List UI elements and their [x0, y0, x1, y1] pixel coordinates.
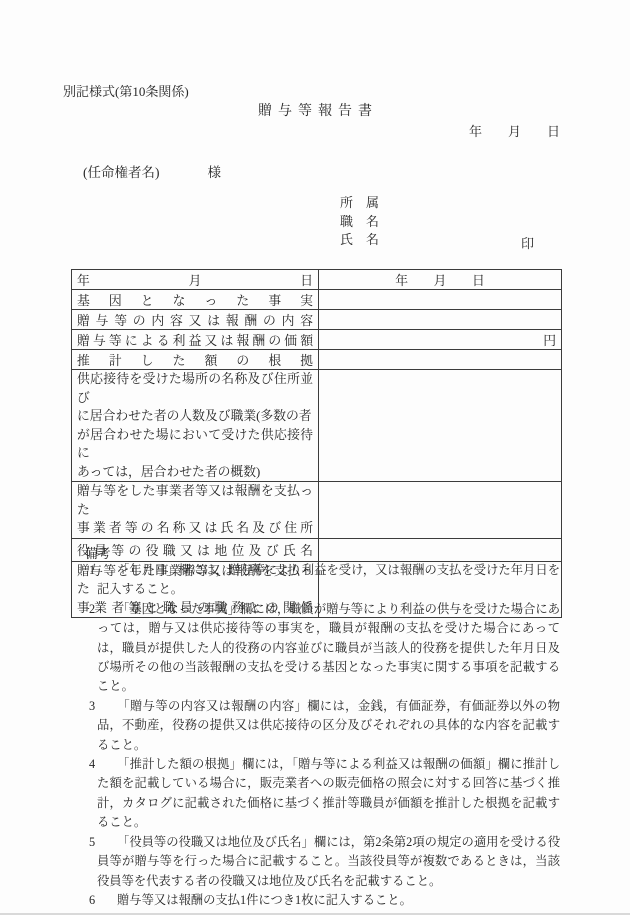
note-number: 2	[89, 600, 117, 619]
name-label: 氏 名	[340, 231, 379, 250]
row-value-estimate-basis	[319, 350, 562, 370]
row-label-entertainment-place: 供応接待を受けた場所の名称及び住所並び に居合わせた者の人数及び職業(多数の者 …	[72, 370, 319, 482]
remark-note-2: 2「基因となった事実」欄には，職員が贈与等により利益の供与を受けた場合にあっては…	[89, 600, 560, 697]
row-value-cause-fact	[319, 290, 562, 310]
note-number: 1	[89, 561, 117, 580]
row-value-date: 年 月 日	[319, 270, 562, 290]
table-row-gift-content: 贈与等の内容又は報酬の内容	[72, 310, 562, 330]
report-date-line: 年 月 日	[469, 121, 560, 140]
note-text: 贈与等又は報酬の支払1件につき1枚に記入すること。	[117, 893, 412, 907]
remark-note-4: 4「推計した額の根拠」欄には，「贈与等による利益又は報酬の価額」欄に推計した額を…	[89, 755, 560, 833]
remark-note-1: 1「年月日」欄には，贈与等により利益を受け，又は報酬の支払を受けた年月日を記入す…	[89, 561, 560, 600]
row-value-gift-value-yen: 円	[319, 330, 562, 350]
addressee-line: (任命権者名)様	[83, 161, 221, 181]
note-number: 6	[89, 891, 117, 910]
row-label-business-name-address: 贈与等をした事業者等又は報酬を支払った 事業者等の名称又は氏名及び住所	[72, 482, 319, 539]
row-value-business-name-address	[319, 482, 562, 539]
table-row-business-name-address: 贈与等をした事業者等又は報酬を支払った 事業者等の名称又は氏名及び住所	[72, 482, 562, 539]
remarks-notes: 1「年月日」欄には，贈与等により利益を受け，又は報酬の支払を受けた年月日を記入す…	[89, 561, 560, 910]
remark-note-6: 6贈与等又は報酬の支払1件につき1枚に記入すること。	[89, 891, 560, 910]
note-text: 「推計した額の根拠」欄には，「贈与等による利益又は報酬の価額」欄に推計した額を記…	[97, 757, 560, 829]
note-number: 4	[89, 755, 117, 774]
row-label-estimate-basis: 推計した額の根拠	[72, 350, 319, 370]
note-text: 「役員等の役職又は地位及び氏名」欄には，第2条第2項の規定の適用を受ける役員等が…	[97, 835, 560, 888]
document-title: 贈与等報告書	[0, 100, 630, 120]
addressee-honorific: 様	[208, 165, 222, 180]
row-label-date: 年月日	[72, 270, 319, 290]
table-row-cause-fact: 基因となった事実	[72, 290, 562, 310]
note-text: 「贈与等の内容又は報酬の内容」欄には，金銭，有価証券，有価証券以外の物品，不動産…	[97, 699, 560, 752]
row-label-gift-content: 贈与等の内容又は報酬の内容	[72, 310, 319, 330]
row-value-gift-content	[319, 310, 562, 330]
note-number: 5	[89, 833, 117, 852]
form-id: 別記様式(第10条関係)	[63, 81, 189, 100]
note-number: 3	[89, 697, 117, 716]
position-label: 職 名	[340, 213, 379, 232]
seal-mark: 印	[521, 233, 534, 252]
remarks-heading: 備考	[85, 543, 111, 562]
note-text: 「年月日」欄には，贈与等により利益を受け，又は報酬の支払を受けた年月日を記入する…	[97, 563, 560, 596]
row-label-cause-fact: 基因となった事実	[72, 290, 319, 310]
table-row-estimate-basis: 推計した額の根拠	[72, 350, 562, 370]
note-text: 「基因となった事実」欄には，職員が贈与等により利益の供与を受けた場合にあっては，…	[97, 602, 560, 694]
table-row-entertainment-place: 供応接待を受けた場所の名称及び住所並び に居合わせた者の人数及び職業(多数の者 …	[72, 370, 562, 482]
affiliation-label: 所 属	[340, 194, 379, 213]
remark-note-3: 3「贈与等の内容又は報酬の内容」欄には，金銭，有価証券，有価証券以外の物品，不動…	[89, 697, 560, 755]
table-row-officer-position-name: 役員等の役職又は地位及び氏名	[72, 538, 562, 561]
appointer-name-placeholder: (任命権者名)	[83, 165, 160, 180]
submitter-block: 所 属 職 名 氏 名	[340, 194, 379, 250]
row-value-officer-position-name	[319, 538, 562, 561]
row-label-gift-value: 贈与等による利益又は報酬の価額	[72, 330, 319, 350]
gift-report-form-page: 別記様式(第10条関係) 贈与等報告書 年 月 日 (任命権者名)様 所 属 職…	[0, 0, 630, 915]
remark-note-5: 5「役員等の役職又は地位及び氏名」欄には，第2条第2項の規定の適用を受ける役員等…	[89, 833, 560, 891]
table-row-date: 年月日 年 月 日	[72, 270, 562, 290]
row-value-entertainment-place	[319, 370, 562, 482]
table-row-gift-value: 贈与等による利益又は報酬の価額 円	[72, 330, 562, 350]
